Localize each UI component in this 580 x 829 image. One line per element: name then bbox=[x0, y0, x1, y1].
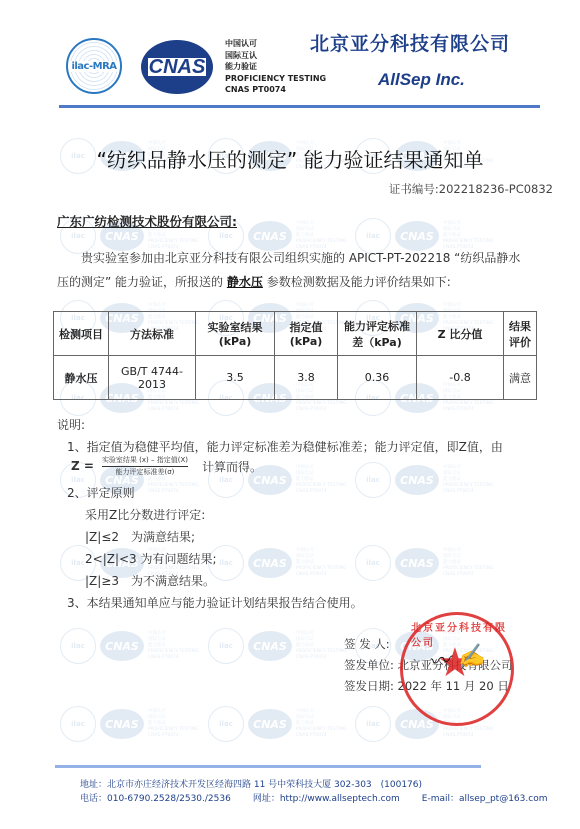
table-cell: 0.36 bbox=[338, 356, 417, 400]
watermark-logo: ilacCNAS中国认可国际互认能力验证PROFICIENCY TESTINGC… bbox=[208, 706, 347, 742]
issuer-label: 签 发 人: bbox=[344, 637, 390, 651]
table-cell: GB/T 4744-2013 bbox=[109, 356, 196, 400]
parameter-name: 静水压 bbox=[227, 275, 263, 289]
column-header: 结果评价 bbox=[504, 312, 537, 356]
accreditation-line: CNAS PT0074 bbox=[225, 84, 326, 96]
footer-email[interactable]: E-mail：allsep_pt@163.com bbox=[422, 794, 548, 804]
column-header: 检测项目 bbox=[54, 312, 109, 356]
intro-paragraph: 贵实验室参加由北京亚分科技有限公司组织实施的 APICT-PT-202218 “… bbox=[57, 246, 532, 294]
notes: 说明: 1、指定值为稳健平均值，能力评定标准差为稳健标准差；能力评定值，即Z值，… bbox=[57, 414, 503, 614]
note-subitem: 2<|Z|<3 为有问题结果; bbox=[57, 548, 503, 570]
watermark-logo: ilacCNAS中国认可国际互认能力验证PROFICIENCY TESTINGC… bbox=[208, 628, 347, 664]
note-subitem: |Z|≥3 为不满意结果。 bbox=[57, 570, 503, 592]
ilac-mra-logo-icon: ilac-MRA bbox=[66, 38, 122, 94]
formula-suffix: 计算而得。 bbox=[202, 458, 262, 475]
certificate-number: 证书编号:202218236-PC0832 bbox=[389, 181, 553, 197]
footer: 地址：北京市亦庄经济技术开发区经海四路 11 号中荣科技大厦 302-303 (… bbox=[80, 778, 569, 806]
company-name-en: AllSep Inc. bbox=[378, 70, 465, 90]
column-header: 方法标准 bbox=[109, 312, 196, 356]
column-header: 能力评定标准差（kPa) bbox=[338, 312, 417, 356]
formula-denominator: 能力评定标准差(σ) bbox=[116, 467, 175, 477]
notes-heading: 说明: bbox=[57, 414, 503, 436]
formula-numerator: 实验室结果 (x) – 指定值(X) bbox=[102, 455, 188, 467]
footer-website[interactable]: 网址：http://www.allseptech.com bbox=[253, 794, 400, 804]
intro-text: 参数检测数据及能力评价结果如下: bbox=[263, 275, 451, 289]
header-divider bbox=[59, 105, 540, 108]
cnas-logo-text: CNAS bbox=[148, 58, 207, 76]
cnas-logo-icon: CNAS bbox=[141, 40, 213, 94]
table-cell: 3.8 bbox=[275, 356, 338, 400]
table-cell: 满意 bbox=[504, 356, 537, 400]
note-item: 2、评定原则 bbox=[57, 482, 503, 504]
formula-fraction: 实验室结果 (x) – 指定值(X) 能力评定标准差(σ) bbox=[102, 455, 188, 477]
accreditation-line: PROFICIENCY TESTING bbox=[225, 73, 326, 85]
table-cell: -0.8 bbox=[417, 356, 504, 400]
table-header-row: 检测项目 方法标准 实验室结果(kPa) 指定值(kPa) 能力评定标准差（kP… bbox=[54, 312, 537, 356]
results-table: 检测项目 方法标准 实验室结果(kPa) 指定值(kPa) 能力评定标准差（kP… bbox=[53, 311, 537, 400]
watermark-logo: ilacCNAS中国认可国际互认能力验证PROFICIENCY TESTINGC… bbox=[60, 706, 199, 742]
note-subitem: |Z|≤2 为满意结果; bbox=[57, 526, 503, 548]
ilac-logo-text: ilac-MRA bbox=[70, 61, 117, 72]
date-label: 签发日期: bbox=[344, 679, 394, 693]
footer-divider bbox=[55, 765, 481, 768]
column-header: 实验室结果(kPa) bbox=[196, 312, 275, 356]
table-row: 静水压 GB/T 4744-2013 3.5 3.8 0.36 -0.8 满意 bbox=[54, 356, 537, 400]
unit-label: 签发单位: bbox=[344, 658, 394, 672]
company-name-cn: 北京亚分科技有限公司 bbox=[310, 29, 510, 56]
note-subitem: 采用Z比分数进行评定: bbox=[57, 504, 503, 526]
z-score-formula: Z = 实验室结果 (x) – 指定值(X) 能力评定标准差(σ) 计算而得。 bbox=[71, 455, 262, 477]
column-header: Z 比分值 bbox=[417, 312, 504, 356]
document-title: “纺织品静水压的测定” 能力验证结果通知单 bbox=[0, 144, 580, 173]
recipient: 广东广纺检测技术股份有限公司: bbox=[57, 212, 237, 230]
column-header: 指定值(kPa) bbox=[275, 312, 338, 356]
footer-address: 地址：北京市亦庄经济技术开发区经海四路 11 号中荣科技大厦 302-303 (… bbox=[80, 778, 569, 792]
watermark-logo: ilacCNAS中国认可国际互认能力验证PROFICIENCY TESTINGC… bbox=[60, 628, 199, 664]
table-cell: 3.5 bbox=[196, 356, 275, 400]
accreditation-line: 能力验证 bbox=[225, 61, 326, 73]
note-item: 3、本结果通知单应与能力验证计划结果报告结合使用。 bbox=[57, 592, 503, 614]
formula-lhs: Z = bbox=[71, 459, 94, 473]
table-cell: 静水压 bbox=[54, 356, 109, 400]
footer-phone: 电话：010-6790.2528/2530./2536 bbox=[80, 794, 231, 804]
